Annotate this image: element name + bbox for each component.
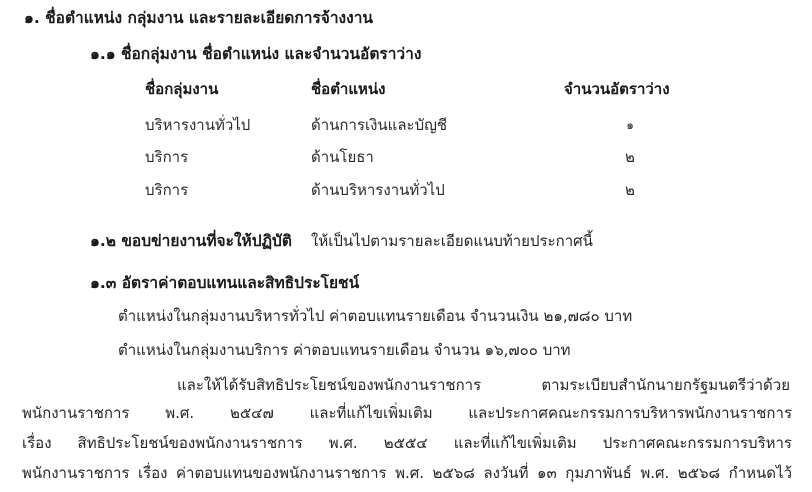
pay-line-service: ตำแหน่งในกลุ่มงานบริการ ค่าตอบแทนรายเดือ…: [118, 340, 571, 360]
table-header-position: ชื่อตำแหน่ง: [311, 79, 386, 99]
pay-line-admin: ตำแหน่งในกลุ่มงานบริหารทั่วไป ค่าตอบแทนร…: [118, 306, 632, 326]
paragraph-line: และให้ได้รับสิทธิประโยชน์ของพนักงานราชกา…: [177, 375, 790, 395]
row-group: บริการ: [145, 147, 188, 167]
section-1-3-heading: ๑.๓ อัตราค่าตอบแทนและสิทธิประโยชน์: [90, 273, 359, 293]
row-vacancies: ๒: [610, 147, 650, 167]
paragraph-line: พนักงานราชการ เรื่อง ค่าตอบแทนของพนักงาน…: [22, 463, 792, 483]
row-group: บริหารงานทั่วไป: [145, 115, 250, 135]
row-vacancies: ๒: [610, 180, 650, 200]
section-1-2-heading: ๑.๒ ขอบข่ายงานที่จะให้ปฏิบัติ: [90, 232, 292, 250]
table-header-vacancies: จำนวนอัตราว่าง: [564, 79, 670, 99]
paragraph-line: เรื่อง สิทธิประโยชน์ของพนักงานราชการ พ.ศ…: [22, 433, 792, 453]
section-1-heading: ๑. ชื่อตำแหน่ง กลุ่มงาน และรายละเอียดการ…: [24, 8, 373, 28]
section-1-2-text: ให้เป็นไปตามรายละเอียดแนบท้ายประกาศนี้: [311, 232, 593, 250]
row-position: ด้านโยธา: [311, 147, 374, 167]
row-group: บริการ: [145, 180, 188, 200]
row-position: ด้านการเงินและบัญชี: [311, 115, 447, 135]
row-position: ด้านบริหารงานทั่วไป: [311, 180, 445, 200]
section-1-2: ๑.๒ ขอบข่ายงานที่จะให้ปฏิบัติ ให้เป็นไปต…: [90, 231, 593, 251]
table-header-group: ชื่อกลุ่มงาน: [145, 79, 218, 99]
paragraph-line: พนักงานราชการ พ.ศ. ๒๕๔๗ และที่แก้ไขเพิ่ม…: [22, 403, 792, 423]
row-vacancies: ๑: [610, 115, 650, 135]
section-1-1-heading: ๑.๑ ชื่อกลุ่มงาน ชื่อตำแหน่ง และจำนวนอัต…: [90, 44, 421, 64]
